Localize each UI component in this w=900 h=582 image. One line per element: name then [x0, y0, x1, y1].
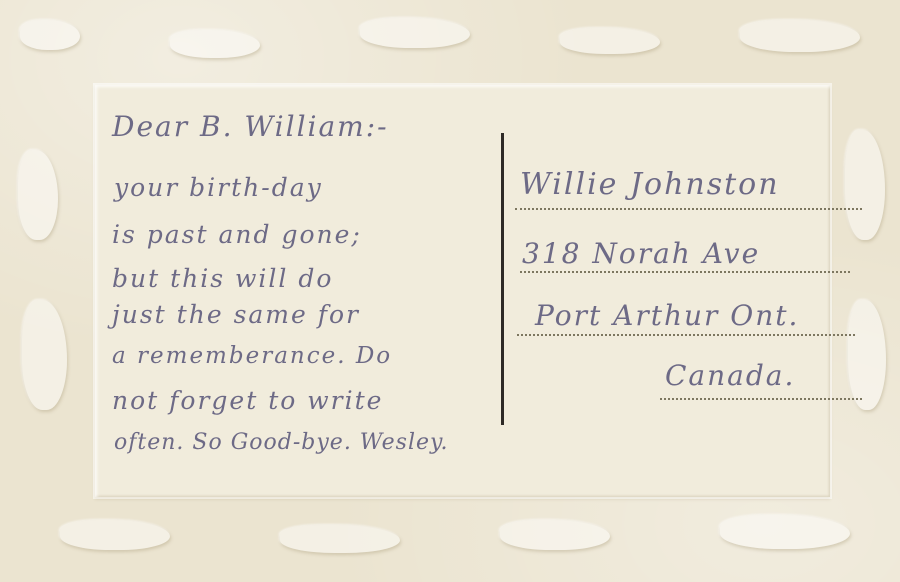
center-divider-line: [501, 133, 504, 425]
emboss-ornament: [22, 300, 67, 410]
message-line-5: just the same for: [112, 302, 360, 327]
emboss-ornament: [845, 130, 885, 240]
message-line-6: a rememberance. Do: [112, 345, 392, 368]
address-guide-line-4: [660, 398, 862, 400]
emboss-ornament: [360, 18, 470, 48]
address-guide-line-2: [520, 271, 850, 273]
emboss-ornament: [170, 30, 260, 58]
message-signoff: often. So Good-bye. Wesley.: [114, 432, 449, 454]
message-line-7: not forget to write: [112, 388, 383, 413]
emboss-ornament: [848, 300, 886, 410]
emboss-ornament: [720, 515, 850, 549]
address-country: Canada.: [665, 362, 795, 390]
message-line-1: Dear B. William:-: [112, 113, 389, 141]
message-line-4: but this will do: [112, 266, 333, 291]
address-guide-line-1: [515, 208, 862, 210]
emboss-ornament: [280, 525, 400, 553]
emboss-ornament: [60, 520, 170, 550]
emboss-ornament: [560, 28, 660, 54]
message-line-3: is past and gone;: [112, 222, 362, 247]
emboss-ornament: [500, 520, 610, 550]
postcard-back: Dear B. William:- your birth-day is past…: [0, 0, 900, 582]
emboss-ornament: [20, 20, 80, 50]
address-street: 318 Norah Ave: [522, 240, 760, 268]
emboss-ornament: [740, 20, 860, 52]
address-name: Willie Johnston: [520, 170, 780, 200]
address-guide-line-3: [517, 334, 855, 336]
message-line-2: your birth-day: [114, 175, 323, 200]
emboss-ornament: [18, 150, 58, 240]
address-city: Port Arthur Ont.: [535, 302, 799, 330]
